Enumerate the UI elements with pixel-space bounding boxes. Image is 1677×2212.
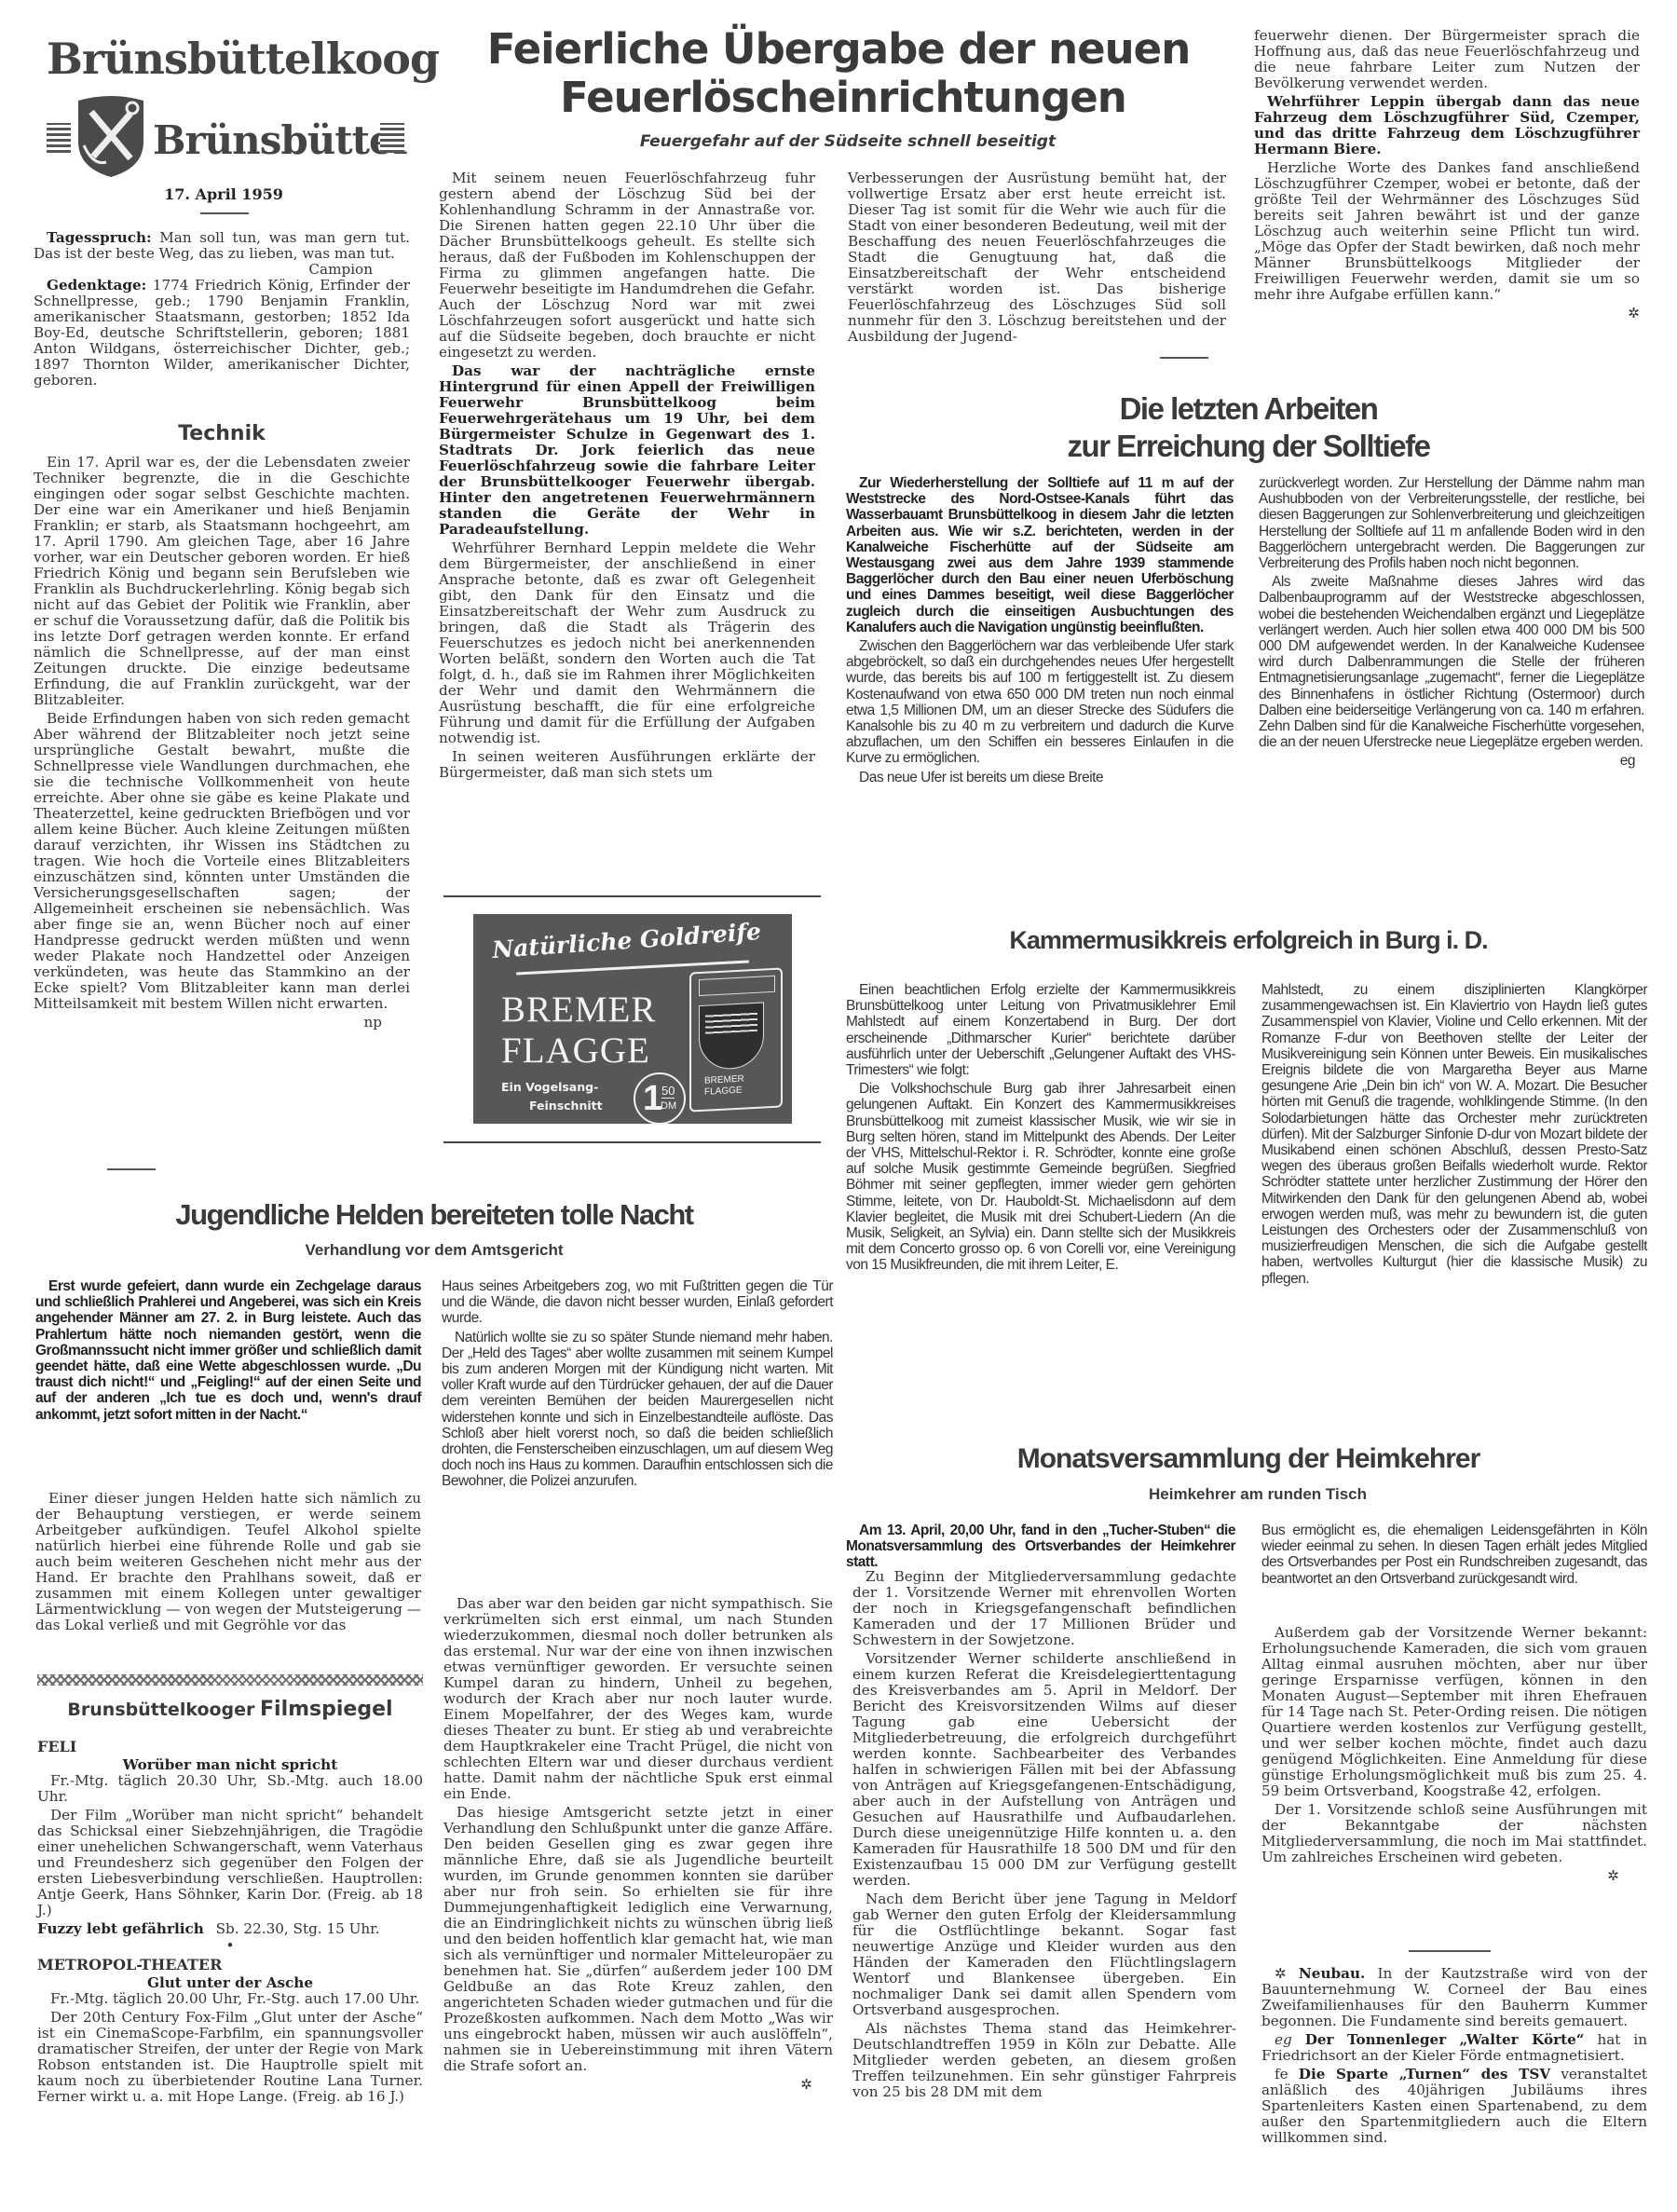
news-item-neubau: ✲ Neubau. In der Kautzstraße wird von de… bbox=[1261, 1966, 1647, 2029]
technik-paragraph-1: Ein 17. April war es, der die Lebensdate… bbox=[34, 455, 410, 708]
ad-maker-line2: Feinschnitt bbox=[529, 1099, 603, 1113]
anchor-crest-icon bbox=[73, 93, 149, 179]
solltiefe-paragraph: Das neue Ufer ist bereits um diese Breit… bbox=[846, 770, 1234, 785]
bremer-flagge-advertisement[interactable]: Natürliche Goldreife BREMER FLAGGE Ein V… bbox=[473, 914, 792, 1124]
jugendliche-column-2-bottom: Das aber war den beiden gar nicht sympat… bbox=[443, 1596, 833, 2093]
feuerwehr-column-2: Verbesserungen der Ausrüstung bemüht hat… bbox=[848, 171, 1226, 348]
kammermusik-column-2: Mahlstedt, zu einem disziplinierten Klan… bbox=[1261, 982, 1647, 1290]
filmspiegel-listings: FELI Worüber man nicht spricht Fr.-Mtg. … bbox=[37, 1739, 423, 2108]
feuerwehr-column-1: Mit seinem neuen Feuerlöschfahrzeug fuhr… bbox=[439, 171, 815, 784]
filmspiegel-title: Brunsbüttelkooger Filmspiegel bbox=[37, 1698, 423, 1721]
technik-paragraph-2: Beide Erfindungen haben von sich reden g… bbox=[34, 711, 410, 1012]
technik-signature: np bbox=[34, 1015, 382, 1031]
news-lead: Der Tonnenleger „Walter Körte“ bbox=[1305, 2031, 1585, 2048]
jugendliche-subtitle: Verhandlung vor dem Amtsgericht bbox=[34, 1241, 835, 1260]
solltiefe-column-1: Zur Wiederherstellung der Solltiefe auf … bbox=[846, 475, 1234, 788]
feuerwehr-paragraph: Wehrführer Leppin übergab dann das neue … bbox=[1254, 94, 1640, 157]
star-end-icon: ✲ bbox=[1254, 306, 1640, 321]
film-description: Der Film „Worüber man nicht spricht“ beh… bbox=[37, 1808, 423, 1918]
star-icon: ✲ bbox=[1275, 1965, 1287, 1982]
feuerwehr-headline-line1: Feierliche Übergabe der neuen bbox=[429, 26, 1248, 73]
news-item-tonnenleger: eg Der Tonnenleger „Walter Körte“ hat in… bbox=[1261, 2032, 1647, 2064]
news-item-turnen: fe Die Sparte „Turnen“ des TSV veranstal… bbox=[1261, 2067, 1647, 2146]
news-lead: Neubau. bbox=[1299, 1965, 1365, 1982]
ad-pack-label-line1: BREMER bbox=[704, 1074, 744, 1086]
film-showtimes: Fr.-Mtg. täglich 20.00 Uhr, Fr.-Stg. auc… bbox=[37, 1991, 423, 2007]
heimkehrer-column-2: Außerdem gab der Vorsitzende Werner beka… bbox=[1261, 1625, 1647, 1884]
heimkehrer-subtitle: Heimkehrer am runden Tisch bbox=[838, 1485, 1658, 1504]
feuerwehr-column-3: feuerwehr dienen. Der Bürgermeister spra… bbox=[1254, 28, 1640, 321]
ad-brand-line1: BREMER bbox=[501, 989, 656, 1031]
cinema-name: FELI bbox=[37, 1739, 423, 1755]
gedenktage-label: Gedenktage: bbox=[47, 277, 146, 294]
jugendliche-column-2-top: Haus seines Arbeitgebers zog, wo mit Fuß… bbox=[442, 1278, 833, 1493]
banner-right-icon bbox=[380, 123, 404, 153]
heimkehrer-end-rule bbox=[1409, 1950, 1491, 1952]
kammermusik-column-1: Einen beachtlichen Erfolg erzielte der K… bbox=[846, 982, 1235, 1277]
star-end-icon: ✲ bbox=[443, 2077, 812, 2093]
kammermusik-paragraph: Die Volkshochschule Burg gab ihrer Jahre… bbox=[846, 1081, 1235, 1273]
feuerwehr-paragraph: Wehrführer Bernhard Leppin meldete die W… bbox=[439, 540, 815, 746]
feuerwehr-paragraph: Verbesserungen der Ausrüstung bemüht hat… bbox=[848, 171, 1226, 345]
solltiefe-paragraph: zurückverlegt worden. Zur Herstellung de… bbox=[1259, 475, 1644, 571]
news-lead: Die Sparte „Turnen“ des TSV bbox=[1299, 2066, 1550, 2082]
ad-price-main: 1 bbox=[643, 1078, 662, 1119]
feuerwehr-paragraph: Mit seinem neuen Feuerlöschfahrzeug fuhr… bbox=[439, 171, 815, 361]
heimkehrer-paragraph: Zu Beginn der Mitgliederversammlung geda… bbox=[852, 1569, 1236, 1648]
feuerwehr-paragraph: Herzliche Worte des Dankes fand anschlie… bbox=[1254, 160, 1640, 303]
filmspiegel-title-part1: Brunsbüttelkooger bbox=[67, 1700, 254, 1720]
ad-pack-label-line2: FLAGGE bbox=[704, 1086, 743, 1098]
solltiefe-headline-line2: zur Erreichung der Solltiefe bbox=[838, 429, 1658, 464]
technik-article: Ein 17. April war es, der die Lebensdate… bbox=[34, 455, 410, 1031]
solltiefe-headline-line1: Die letzten Arbeiten bbox=[838, 391, 1658, 427]
heimkehrer-paragraph: Bus ermöglicht es, die ehemaligen Leiden… bbox=[1261, 1522, 1647, 1587]
feuerwehr-end-rule bbox=[1160, 357, 1208, 359]
ad-price-cents: 50 bbox=[661, 1084, 675, 1099]
heimkehrer-paragraph: Außerdem gab der Vorsitzende Werner beka… bbox=[1261, 1625, 1647, 1799]
masthead: Brünsbüttelkoog Brünsbüttel bbox=[37, 28, 410, 186]
film-title: Glut unter der Asche bbox=[37, 1975, 423, 1991]
feuerwehr-paragraph: feuerwehr dienen. Der Bürgermeister spra… bbox=[1254, 28, 1640, 91]
film-extra-times: Sb. 22.30, Stg. 15 Uhr. bbox=[216, 1920, 380, 1937]
filmspiegel-title-part2: Filmspiegel bbox=[260, 1698, 393, 1721]
technik-title: Technik bbox=[34, 422, 410, 445]
heimkehrer-column-2-top: Bus ermöglicht es, die ehemaligen Leiden… bbox=[1261, 1522, 1647, 1590]
star-end-icon: ✲ bbox=[1261, 1868, 1619, 1884]
ad-maker-line1: Ein Vogelsang- bbox=[501, 1080, 598, 1094]
banner-left-icon bbox=[47, 123, 71, 153]
ornamental-braid-divider bbox=[37, 1674, 423, 1686]
masthead-title-line2: Brünsbüttel bbox=[153, 117, 407, 163]
jugendliche-column-1: Erst wurde gefeiert, dann wurde ein Zech… bbox=[35, 1278, 421, 1426]
film-showtimes: Fr.-Mtg. täglich 20.30 Uhr, Sb.-Mtg. auc… bbox=[37, 1773, 423, 1805]
heimkehrer-paragraph: Als nächstes Thema stand das Heimkehrer-… bbox=[852, 2021, 1236, 2100]
jugendliche-paragraph: Natürlich wollte sie zu so später Stunde… bbox=[442, 1330, 833, 1490]
kammermusik-paragraph: Einen beachtlichen Erfolg erzielte der K… bbox=[846, 982, 1235, 1078]
ad-top-rule bbox=[443, 895, 821, 897]
tagesspruch-label: Tagesspruch: bbox=[47, 229, 152, 246]
tagesspruch-author: Campion bbox=[295, 262, 373, 278]
solltiefe-paragraph: Zwischen den Baggerlöchern war das verbl… bbox=[846, 638, 1234, 767]
feuerwehr-paragraph-bold: Das war der nachträgliche ernste Hinterg… bbox=[439, 363, 815, 538]
author-mark: eg bbox=[1275, 2031, 1292, 2048]
feuerwehr-paragraph: In seinen weiteren Ausführungen erklärte… bbox=[439, 749, 815, 781]
film-extra-title: Fuzzy lebt gefährlich bbox=[37, 1920, 204, 1937]
kammermusik-paragraph: Mahlstedt, zu einem disziplinierten Klan… bbox=[1261, 982, 1647, 1287]
feuerwehr-subtitle: Feuergefahr auf der Südseite schnell bes… bbox=[578, 132, 1118, 151]
masthead-title-line1: Brünsbüttelkoog bbox=[47, 34, 410, 84]
jugendliche-paragraph: Haus seines Arbeitgebers zog, wo mit Fuß… bbox=[442, 1278, 833, 1327]
solltiefe-signature: eg bbox=[1259, 753, 1635, 769]
heimkehrer-paragraph-bold: Am 13. April, 20,00 Uhr, fand in den „Tu… bbox=[846, 1522, 1235, 1571]
kammermusik-headline: Kammermusikkreis erfolgreich in Burg i. … bbox=[838, 926, 1658, 955]
jugendliche-paragraph-bold: Erst wurde gefeiert, dann wurde ein Zech… bbox=[35, 1278, 421, 1423]
gedenktage-text: 1774 Friedrich König, Erfinder der Schne… bbox=[34, 277, 410, 389]
ad-bottom-rule bbox=[443, 1141, 821, 1143]
heimkehrer-column-1: Zu Beginn der Mitgliederversammlung geda… bbox=[852, 1569, 1236, 2103]
jugendliche-headline: Jugendliche Helden bereiteten tolle Nach… bbox=[34, 1198, 835, 1232]
issue-date: 17. April 1959 bbox=[37, 185, 410, 203]
heimkehrer-paragraph: Der 1. Vorsitzende schloß seine Ausführu… bbox=[1261, 1802, 1647, 1865]
jugendliche-paragraph: Das aber war den beiden gar nicht sympat… bbox=[443, 1596, 833, 1802]
solltiefe-column-2: zurückverlegt worden. Zur Herstellung de… bbox=[1259, 475, 1644, 770]
heimkehrer-paragraph: Vorsitzender Werner schilderte anschließ… bbox=[852, 1651, 1236, 1889]
ad-price-currency: DM bbox=[661, 1100, 676, 1112]
tobacco-tin-icon: BREMER FLAGGE bbox=[689, 967, 783, 1112]
short-news: ✲ Neubau. In der Kautzstraße wird von de… bbox=[1261, 1966, 1647, 2149]
heimkehrer-lead: Am 13. April, 20,00 Uhr, fand in den „Tu… bbox=[846, 1522, 1235, 1574]
ad-brand-line2: FLAGGE bbox=[501, 1030, 650, 1072]
jugendliche-paragraph: Einer dieser jungen Helden hatte sich nä… bbox=[35, 1491, 421, 1633]
sidebar-notes: Tagesspruch: Man soll tun, was man gern … bbox=[34, 230, 410, 391]
solltiefe-paragraph: Als zweite Maßnahme dieses Jahres wird d… bbox=[1259, 574, 1644, 750]
date-underline bbox=[200, 212, 249, 214]
heimkehrer-headline: Monatsversammlung der Heimkehrer bbox=[838, 1443, 1658, 1475]
technik-end-rule bbox=[107, 1168, 156, 1170]
feuerwehr-headline-line2: Feuerlöscheinrichtungen bbox=[429, 75, 1248, 121]
heimkehrer-paragraph: Nach dem Bericht über jene Tagung in Mel… bbox=[852, 1891, 1236, 2018]
ad-price-badge: 1 50 DM bbox=[634, 1072, 686, 1125]
ad-tagline: Natürliche Goldreife bbox=[491, 918, 762, 963]
solltiefe-paragraph-bold: Zur Wiederherstellung der Solltiefe auf … bbox=[846, 475, 1234, 635]
listing-separator: • bbox=[37, 1940, 423, 1951]
jugendliche-paragraph: Das hiesige Amtsgericht setzte jetzt in … bbox=[443, 1805, 833, 2074]
film-description: Der 20th Century Fox-Film „Glut unter de… bbox=[37, 2010, 423, 2105]
film-title: Worüber man nicht spricht bbox=[37, 1757, 423, 1773]
jugendliche-column-1b: Einer dieser jungen Helden hatte sich nä… bbox=[35, 1491, 421, 1636]
author-mark: fe bbox=[1275, 2066, 1288, 2082]
cinema-name: METROPOL-THEATER bbox=[37, 1957, 423, 1973]
